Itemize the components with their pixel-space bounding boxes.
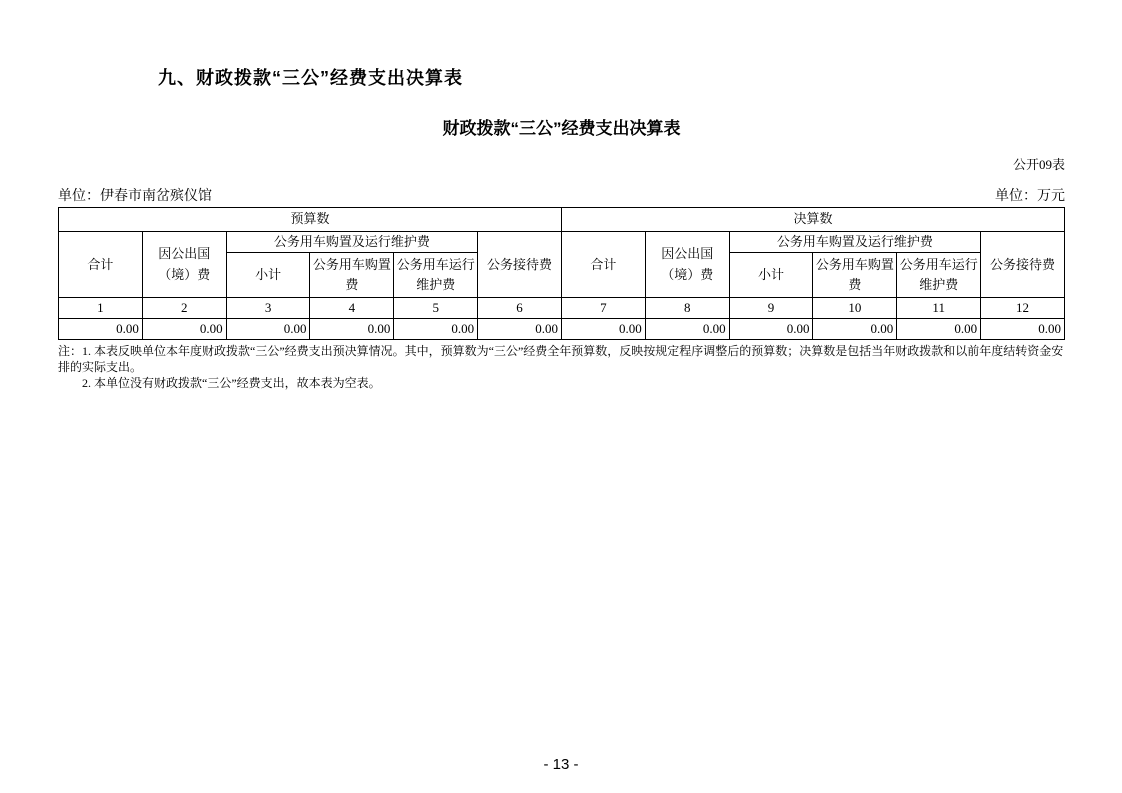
group-header-row: 预算数 决算数	[59, 208, 1065, 232]
header-band-row: 合计 因公出国（境）费 公务用车购置及运行维护费 公务接待费 合计 因公出国（境…	[59, 232, 1065, 253]
column-number: 12	[981, 298, 1065, 319]
value-cell: 0.00	[394, 319, 478, 340]
column-number: 8	[645, 298, 729, 319]
document-page: 九、财政拨款“三公”经费支出决算表 财政拨款“三公”经费支出决算表 公开09表 …	[0, 0, 1122, 793]
value-row: 0.00 0.00 0.00 0.00 0.00 0.00 0.00 0.00 …	[59, 319, 1065, 340]
value-cell: 0.00	[226, 319, 310, 340]
value-cell: 0.00	[310, 319, 394, 340]
page-number: - 13 -	[0, 756, 1122, 773]
unit-row: 单位：伊春市南岔殡仪馆 单位：万元	[58, 185, 1065, 205]
col-header-vehicle-subtotal-final: 小计	[729, 253, 813, 298]
section-title: 九、财政拨款“三公”经费支出决算表	[158, 64, 1065, 90]
col-header-total-final: 合计	[561, 232, 645, 298]
value-cell: 0.00	[478, 319, 562, 340]
col-header-abroad-budget: 因公出国（境）费	[142, 232, 226, 298]
unit-of-measure: 单位：万元	[995, 185, 1065, 205]
value-cell: 0.00	[813, 319, 897, 340]
col-header-vehicle-final: 公务用车购置及运行维护费	[729, 232, 980, 253]
table-notes: 注：1. 本表反映单位本年度财政拨款“三公”经费支出预决算情况。其中，预算数为“…	[58, 343, 1065, 391]
value-cell: 0.00	[729, 319, 813, 340]
table-title: 财政拨款“三公”经费支出决算表	[58, 114, 1065, 139]
col-header-vehicle-budget: 公务用车购置及运行维护费	[226, 232, 477, 253]
unit-name: 单位：伊春市南岔殡仪馆	[58, 185, 212, 205]
value-cell: 0.00	[561, 319, 645, 340]
value-cell: 0.00	[142, 319, 226, 340]
column-number: 10	[813, 298, 897, 319]
col-header-reception-final: 公务接待费	[981, 232, 1065, 298]
group-header-final: 决算数	[561, 208, 1064, 232]
col-header-vehicle-maintenance-final: 公务用车运行维护费	[897, 253, 981, 298]
sangong-expense-table: 预算数 决算数 合计 因公出国（境）费 公务用车购置及运行维护费 公务接待费 合…	[58, 207, 1065, 340]
column-number: 2	[142, 298, 226, 319]
column-number: 1	[59, 298, 143, 319]
form-code: 公开09表	[58, 154, 1065, 173]
col-header-vehicle-maintenance-budget: 公务用车运行维护费	[394, 253, 478, 298]
col-header-reception-budget: 公务接待费	[478, 232, 562, 298]
column-number: 3	[226, 298, 310, 319]
column-number: 11	[897, 298, 981, 319]
group-header-budget: 预算数	[59, 208, 562, 232]
page-content: 九、财政拨款“三公”经费支出决算表 财政拨款“三公”经费支出决算表 公开09表 …	[0, 64, 1122, 391]
column-number: 5	[394, 298, 478, 319]
col-header-vehicle-purchase-budget: 公务用车购置费	[310, 253, 394, 298]
column-number-row: 1 2 3 4 5 6 7 8 9 10 11 12	[59, 298, 1065, 319]
column-number: 4	[310, 298, 394, 319]
col-header-vehicle-subtotal-budget: 小计	[226, 253, 310, 298]
note-2: 2. 本单位没有财政拨款“三公”经费支出，故本表为空表。	[58, 375, 1065, 391]
column-number: 6	[478, 298, 562, 319]
value-cell: 0.00	[981, 319, 1065, 340]
value-cell: 0.00	[897, 319, 981, 340]
note-1: 注：1. 本表反映单位本年度财政拨款“三公”经费支出预决算情况。其中，预算数为“…	[58, 343, 1065, 375]
col-header-abroad-final: 因公出国（境）费	[645, 232, 729, 298]
col-header-total-budget: 合计	[59, 232, 143, 298]
column-number: 9	[729, 298, 813, 319]
col-header-vehicle-purchase-final: 公务用车购置费	[813, 253, 897, 298]
value-cell: 0.00	[59, 319, 143, 340]
value-cell: 0.00	[645, 319, 729, 340]
column-number: 7	[561, 298, 645, 319]
